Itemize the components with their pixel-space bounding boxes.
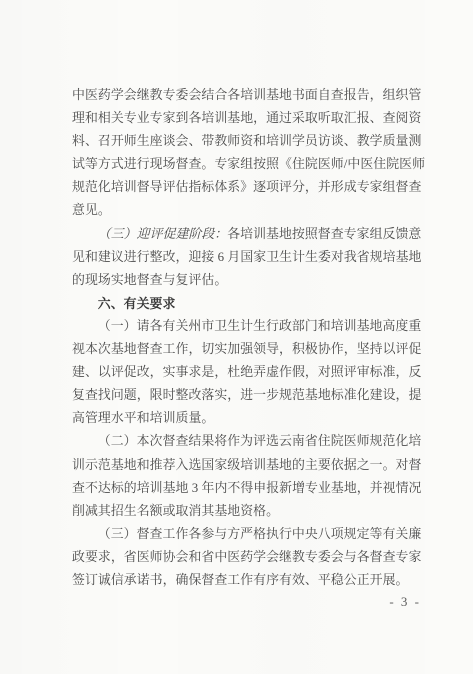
text-line: 的现场实地督查与复评估。 [72,269,424,292]
text-segment: （二）本次督查结果将作为评选云南省住院医师规范化培 [98,434,422,448]
text-line: 建、以评促改，实事求是，杜绝弄虚作假，对照评审标准，反 [72,361,424,384]
text-segment: 理和相关专业专家到各培训基地，通过采取听取汇报、查阅资 [72,111,421,125]
text-line: 查不达标的培训基地 3 年内不得申报新增专业基地，并视情况 [72,477,424,500]
text-segment: 意见。 [72,203,111,217]
text-line: （三）督查工作各参与方严格执行中央八项规定等有关廉 [72,523,424,546]
text-segment: 规范化培训督导评估指标体系》逐项评分，并形成专家组督查 [72,180,421,194]
text-segment: 料、召开师生座谈会、带教师资和培训学员访谈、教学质量测 [72,134,421,148]
text-segment: 中医药学会继教专委会结合各培训基地书面自查报告，组织管 [72,88,421,102]
text-line: 理和相关专业专家到各培训基地，通过采取听取汇报、查阅资 [72,107,424,130]
text-segment: 各培训基地按照督查专家组反馈意 [227,227,421,241]
text-line: 料、召开师生座谈会、带教师资和培训学员访谈、教学质量测 [72,130,424,153]
page-number: - 3 - [389,593,421,611]
text-segment: 削减其招生名额或取消其基地资格。 [72,504,279,518]
text-line: 视本次基地督查工作，切实加强领导，积极协作，坚持以评促 [72,338,424,361]
text-segment: 签订诚信承诺书，确保督查工作有序有效、平稳公正开展。 [72,573,408,587]
document-page: 中医药学会继教专委会结合各培训基地书面自查报告，组织管理和相关专业专家到各培训基… [0,0,473,674]
text-line: 见和建议进行整改，迎接 6 月国家卫生计生委对我省规培基地 [72,246,424,269]
text-line: （三）迎评促建阶段：各培训基地按照督查专家组反馈意 [72,223,424,246]
text-segment: 迎评促建阶段： [137,227,228,241]
text-line: 试等方式进行现场督查。专家组按照《住院医师/中医住院医师 [72,153,424,176]
text-line: 意见。 [72,199,424,222]
text-segment: 高管理水平和培训质量。 [72,411,214,425]
document-body: 中医药学会继教专委会结合各培训基地书面自查报告，组织管理和相关专业专家到各培训基… [72,84,424,592]
text-segment: （三） [98,227,137,241]
text-line: 政要求，省医师协会和省中医药学会继教专委会与各督查专家 [72,546,424,569]
text-segment: 视本次基地督查工作，切实加强领导，积极协作，坚持以评促 [72,342,421,356]
text-line: 签订诚信承诺书，确保督查工作有序有效、平稳公正开展。 [72,569,424,592]
text-segment: 训示范基地和推荐入选国家级培训基地的主要依据之一。对督 [72,458,421,472]
text-line: 中医药学会继教专委会结合各培训基地书面自查报告，组织管 [72,84,424,107]
section-heading: 六、有关要求 [72,292,424,315]
text-segment: 建、以评促改，实事求是，杜绝弄虚作假，对照评审标准，反 [72,365,421,379]
text-line: 削减其招生名额或取消其基地资格。 [72,500,424,523]
text-segment: 见和建议进行整改，迎接 6 月国家卫生计生委对我省规培基地 [72,250,422,264]
text-segment: （一）请各有关州市卫生计生行政部门和培训基地高度重 [98,319,422,333]
text-segment: 查不达标的培训基地 3 年内不得申报新增专业基地，并视情况 [72,481,422,495]
text-segment: 试等方式进行现场督查。专家组按照《住院医师/中医住院医师 [72,157,425,171]
text-line: 高管理水平和培训质量。 [72,407,424,430]
text-segment: 六、有关要求 [98,296,176,311]
text-line: 复查找问题，限时整改落实，进一步规范基地标准化建设，提 [72,384,424,407]
text-segment: 的现场实地督查与复评估。 [72,273,227,287]
text-line: （二）本次督查结果将作为评选云南省住院医师规范化培 [72,430,424,453]
text-line: 训示范基地和推荐入选国家级培训基地的主要依据之一。对督 [72,454,424,477]
text-line: 规范化培训督导评估指标体系》逐项评分，并形成专家组督查 [72,176,424,199]
text-segment: 复查找问题，限时整改落实，进一步规范基地标准化建设，提 [72,388,421,402]
text-segment: 政要求，省医师协会和省中医药学会继教专委会与各督查专家 [72,550,421,564]
text-line: （一）请各有关州市卫生计生行政部门和培训基地高度重 [72,315,424,338]
text-segment: （三）督查工作各参与方严格执行中央八项规定等有关廉 [98,527,422,541]
